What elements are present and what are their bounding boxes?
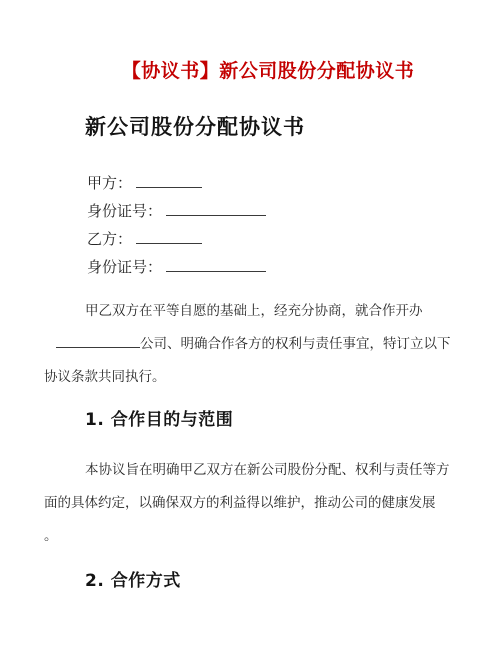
section-1-line-2: 面的具体约定，以确保双方的利益得以维护，推动公司的健康发展 [44,487,456,520]
doc-title: 【协议书】新公司股份分配协议书 [44,60,456,82]
party-a-blank-underline [136,174,202,188]
section-1-heading: 1. 合作目的与范围 [44,408,456,432]
intro-line-2-text: 公司、明确合作各方的权利与责任事宜，特订立以下 [140,336,451,352]
intro-line-2: 公司、明确合作各方的权利与责任事宜，特订立以下 [44,328,456,361]
section-2-heading: 2. 合作方式 [44,569,456,593]
intro-paragraph: 甲乙双方在平等自愿的基础上，经充分协商，就合作开办 公司、明确合作各方的权利与责… [44,295,456,394]
party-a-line: 甲方： [44,169,456,197]
party-a-id-blank-underline [166,202,266,216]
party-a-id-label: 身份证号： [87,202,162,220]
party-b-label: 乙方： [87,230,132,248]
document-content: 【协议书】新公司股份分配协议书 新公司股份分配协议书 甲方： 身份证号： 乙方：… [44,0,456,593]
intro-line-1: 甲乙双方在平等自愿的基础上，经充分协商，就合作开办 [44,295,456,328]
intro-line-3: 协议条款共同执行。 [44,361,456,394]
company-name-blank-underline [56,334,140,348]
party-b-id-label: 身份证号： [87,258,162,276]
party-b-id-blank-underline [166,258,266,272]
section-1-line-1: 本协议旨在明确甲乙双方在新公司股份分配、权利与责任等方 [44,454,456,487]
party-b-id-line: 身份证号： [44,253,456,281]
party-a-label: 甲方： [87,174,132,192]
doc-heading: 新公司股份分配协议书 [44,115,456,139]
party-a-id-line: 身份证号： [44,197,456,225]
document-page: 【协议书】新公司股份分配协议书 新公司股份分配协议书 甲方： 身份证号： 乙方：… [0,0,500,647]
section-1-line-3: 。 [44,520,456,553]
party-info-block: 甲方： 身份证号： 乙方： 身份证号： [44,169,456,281]
section-1-paragraph: 本协议旨在明确甲乙双方在新公司股份分配、权利与责任等方 面的具体约定，以确保双方… [44,454,456,553]
party-b-blank-underline [136,230,202,244]
party-b-line: 乙方： [44,225,456,253]
